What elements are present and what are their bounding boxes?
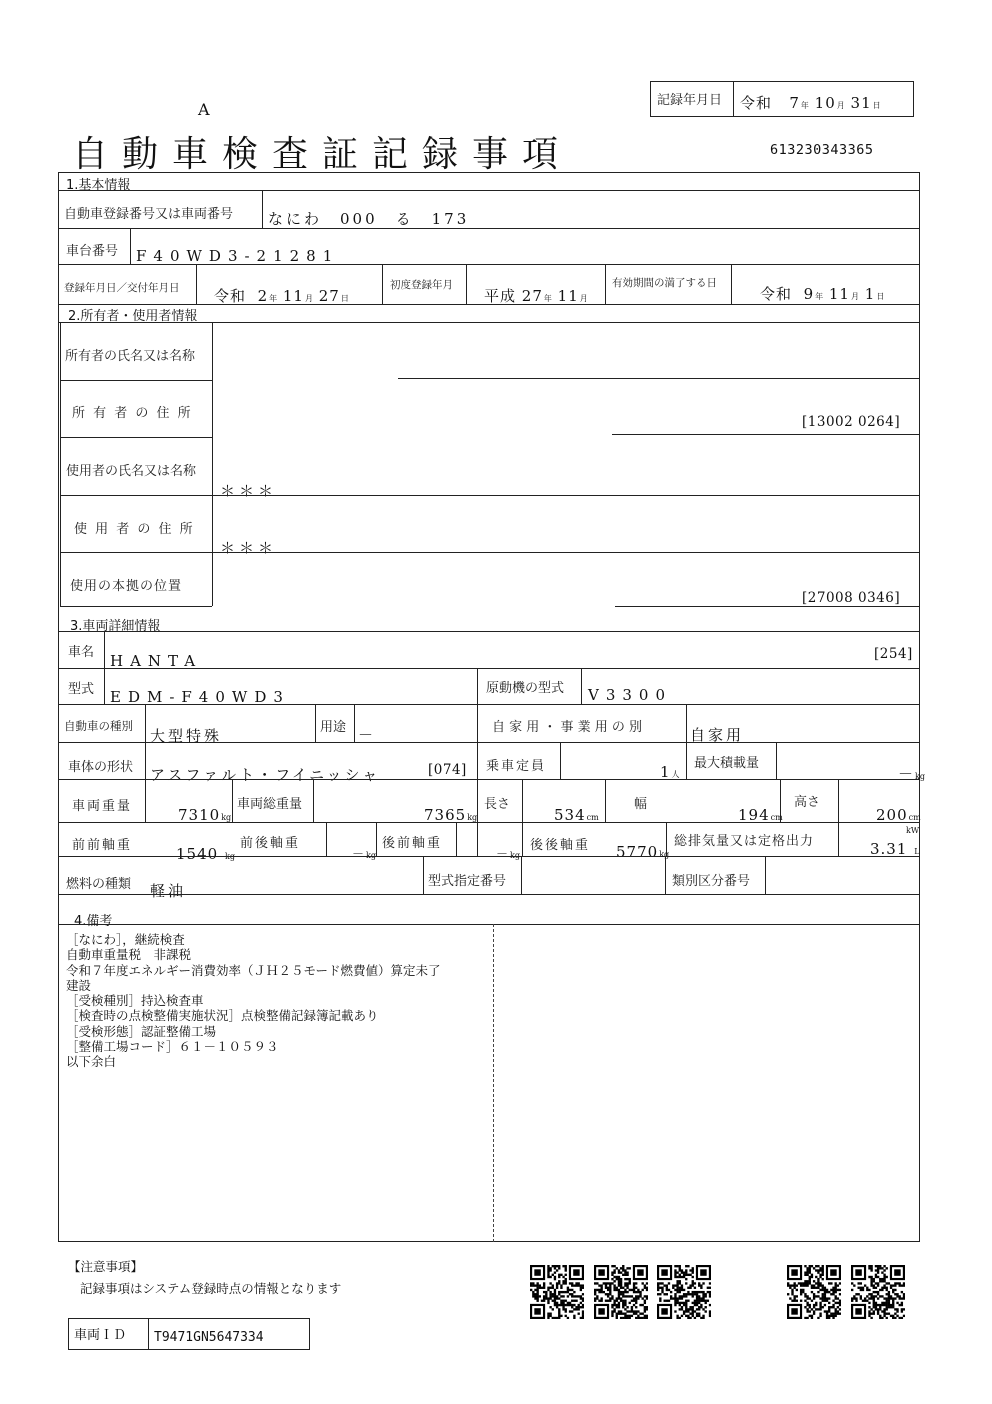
ff-axle: 1540 kg [176, 845, 235, 863]
height-label: 高さ [794, 791, 820, 810]
category-label: 類別区分番号 [672, 870, 750, 889]
engine-model: V3300 [588, 686, 672, 704]
user-name-label: 使用者の氏名又は名称 [66, 460, 196, 479]
capacity-label: 乗車定員 [486, 755, 546, 774]
first-registration-label: 初度登録年月 [390, 277, 453, 292]
kw-unit: kW [906, 826, 919, 835]
body-shape-label: 車体の形状 [68, 756, 133, 775]
owner-address-code: [13002 0264] [802, 414, 900, 430]
qr-code-icon [787, 1265, 841, 1319]
owner-address-label: 所 有 者 の 住 所 [72, 402, 193, 421]
type-designation-label: 型式指定番号 [428, 870, 506, 889]
ff-axle-label: 前前軸重 [72, 834, 132, 853]
max-load-label: 最大積載量 [694, 752, 759, 771]
document-number: 613230343365 [770, 142, 874, 158]
max-load: －kg [898, 763, 925, 784]
user-address-label: 使 用 者 の 住 所 [74, 518, 195, 537]
car-name-code: [254] [874, 646, 913, 662]
model-label: 型式 [68, 678, 94, 697]
purpose-label: 用途 [320, 716, 346, 735]
engine-model-label: 原動機の型式 [486, 677, 564, 696]
record-date: 令和 7年 10月 31日 [740, 92, 881, 113]
user-address: ＊＊＊ [220, 537, 277, 558]
fuel: 軽油 [150, 880, 186, 901]
page-title: 自動車検査証記録事項 [72, 126, 572, 177]
qr-code-icon [530, 1265, 584, 1319]
registration-number: なにわ 000 る 173 [268, 208, 469, 229]
vehicle-id: T9471GN5647334 [154, 1330, 264, 1345]
qr-code-icon [851, 1265, 905, 1319]
rr-axle: 5770kg [616, 843, 669, 861]
car-name-label: 車名 [68, 641, 94, 660]
base-location-label: 使用の本拠の位置 [70, 575, 182, 594]
fr-axle-label: 前後軸重 [240, 832, 300, 851]
body-shape: アスファルト・フイニッシャ [150, 764, 380, 785]
remarks-text: ［なにわ］，継続検査 自動車重量税 非課税 令和７年度エネルギー消費効率（ＪＨ２… [66, 932, 441, 1070]
registration-number-label: 自動車登録番号又は車両番号 [64, 203, 233, 222]
first-registration: 平成 27年 11月 [484, 285, 588, 306]
chassis-number-label: 車台番号 [66, 240, 118, 259]
displacement-label: 総排気量又は定格出力 [674, 830, 814, 849]
form-frame [58, 172, 920, 1242]
fr-axle: －kg [352, 845, 376, 862]
vehicle-id-label: 車両ＩＤ [74, 1324, 126, 1343]
user-name: ＊＊＊ [220, 480, 277, 501]
fuel-label: 燃料の種類 [66, 873, 131, 892]
record-date-label: 記録年月日 [657, 89, 722, 108]
body-shape-code: [074] [428, 762, 467, 778]
length-label: 長さ [484, 793, 510, 812]
registration-date-label: 登録年月日／交付年月日 [64, 280, 180, 295]
expiry-date: 令和 9年 11月 1日 [760, 283, 884, 304]
expiry-label: 有効期間の満了する日 [612, 275, 717, 290]
rr-axle-label: 後後軸重 [530, 834, 590, 853]
notice-text: 記録事項はシステム登録時点の情報となります [80, 1279, 341, 1297]
vehicle-type-label: 自動車の種別 [64, 718, 133, 734]
registration-date: 令和 2年 11月 27日 [214, 285, 349, 306]
private-business-label: 自 家 用 ・ 事 業 用 の 別 [492, 716, 642, 735]
section4-heading: 4.備考 [74, 910, 112, 929]
form-marker: A [198, 100, 210, 119]
rf-axle: －kg [496, 845, 520, 862]
chassis-number: F40WD3-21281 [136, 247, 339, 265]
base-location-code: [27008 0346] [802, 590, 900, 606]
qr-code-icon [657, 1265, 711, 1319]
notice-heading: 【注意事項】 [68, 1257, 143, 1275]
width-label: 幅 [634, 793, 647, 812]
gross-weight-label: 車両総重量 [237, 793, 302, 812]
weight-label: 車両重量 [72, 795, 132, 814]
qr-code-icon [594, 1265, 648, 1319]
rf-axle-label: 後前軸重 [382, 832, 442, 851]
owner-name-label: 所有者の氏名又は名称 [65, 345, 195, 364]
